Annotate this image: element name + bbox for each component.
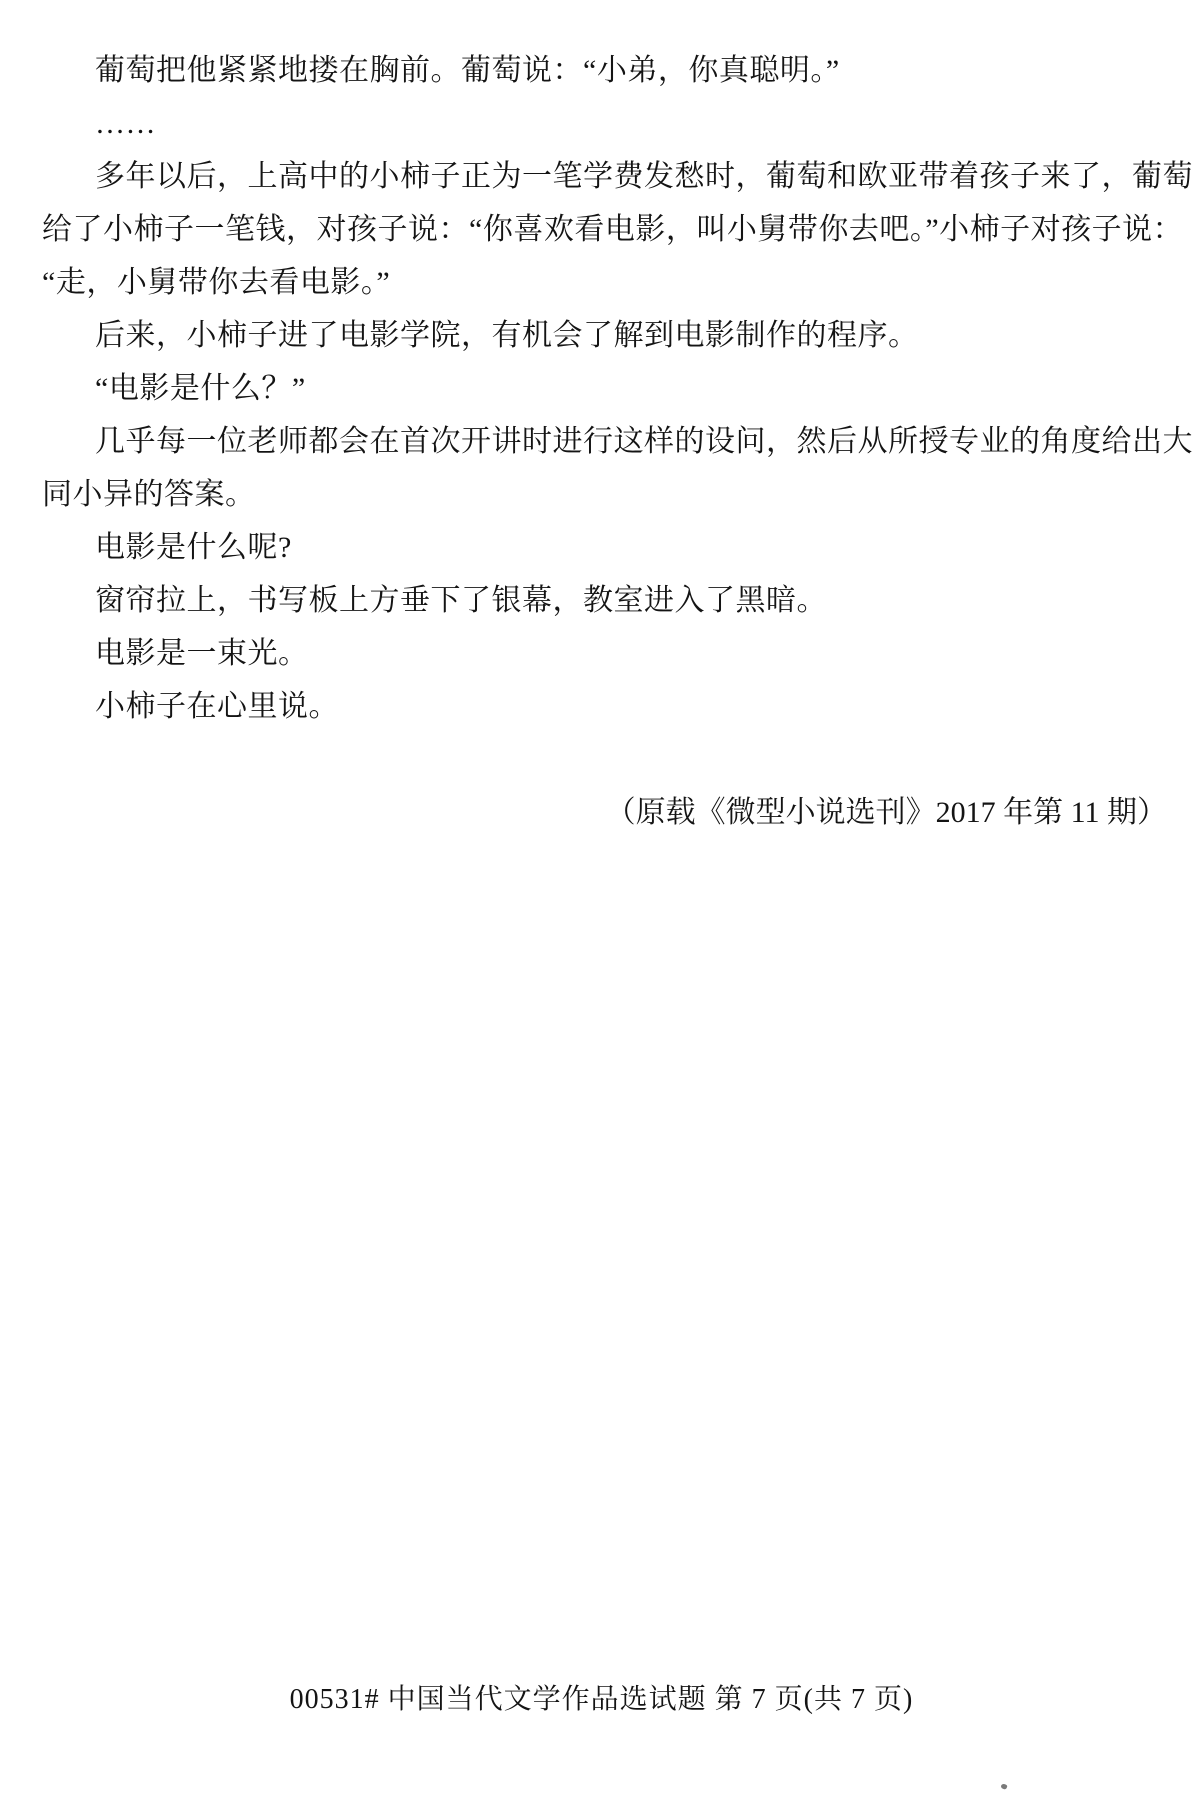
text-line: 电影是什么呢? [42, 521, 1167, 574]
text-line: 多年以后，上高中的小柿子正为一笔学费发愁时，葡萄和欧亚带着孩子来了，葡萄 [42, 150, 1167, 203]
text-line: “走，小舅带你去看电影。” [42, 256, 1167, 309]
source-attribution: （原载《微型小说选刊》2017 年第 11 期） [606, 796, 1167, 829]
text-line: 小柿子在心里说。 [42, 680, 1167, 733]
text-line: …… [42, 97, 1167, 150]
text-line: 电影是一束光。 [42, 627, 1167, 680]
text-line: 后来，小柿子进了电影学院，有机会了解到电影制作的程序。 [42, 309, 1167, 362]
text-line: 窗帘拉上，书写板上方垂下了银幕，教室进入了黑暗。 [42, 574, 1167, 627]
exam-paper-page: 葡萄把他紧紧地搂在胸前。葡萄说：“小弟，你真聪明。”……多年以后，上高中的小柿子… [0, 0, 1203, 1798]
text-line: 同小异的答案。 [42, 468, 1167, 521]
story-text-block: 葡萄把他紧紧地搂在胸前。葡萄说：“小弟，你真聪明。”……多年以后，上高中的小柿子… [42, 44, 1167, 733]
text-line: “电影是什么？” [42, 362, 1167, 415]
page-footer: 00531# 中国当代文学作品选试题 第 7 页(共 7 页) [0, 1682, 1203, 1718]
attribution-row: （原载《微型小说选刊》2017 年第 11 期） [42, 786, 1167, 839]
text-line: 给了小柿子一笔钱，对孩子说：“你喜欢看电影，叫小舅带你去吧。”小柿子对孩子说： [42, 203, 1167, 256]
scan-artifact-speck [1000, 1783, 1008, 1790]
text-line: 葡萄把他紧紧地搂在胸前。葡萄说：“小弟，你真聪明。” [42, 44, 1167, 97]
text-line: 几乎每一位老师都会在首次开讲时进行这样的设问，然后从所授专业的角度给出大 [42, 415, 1167, 468]
